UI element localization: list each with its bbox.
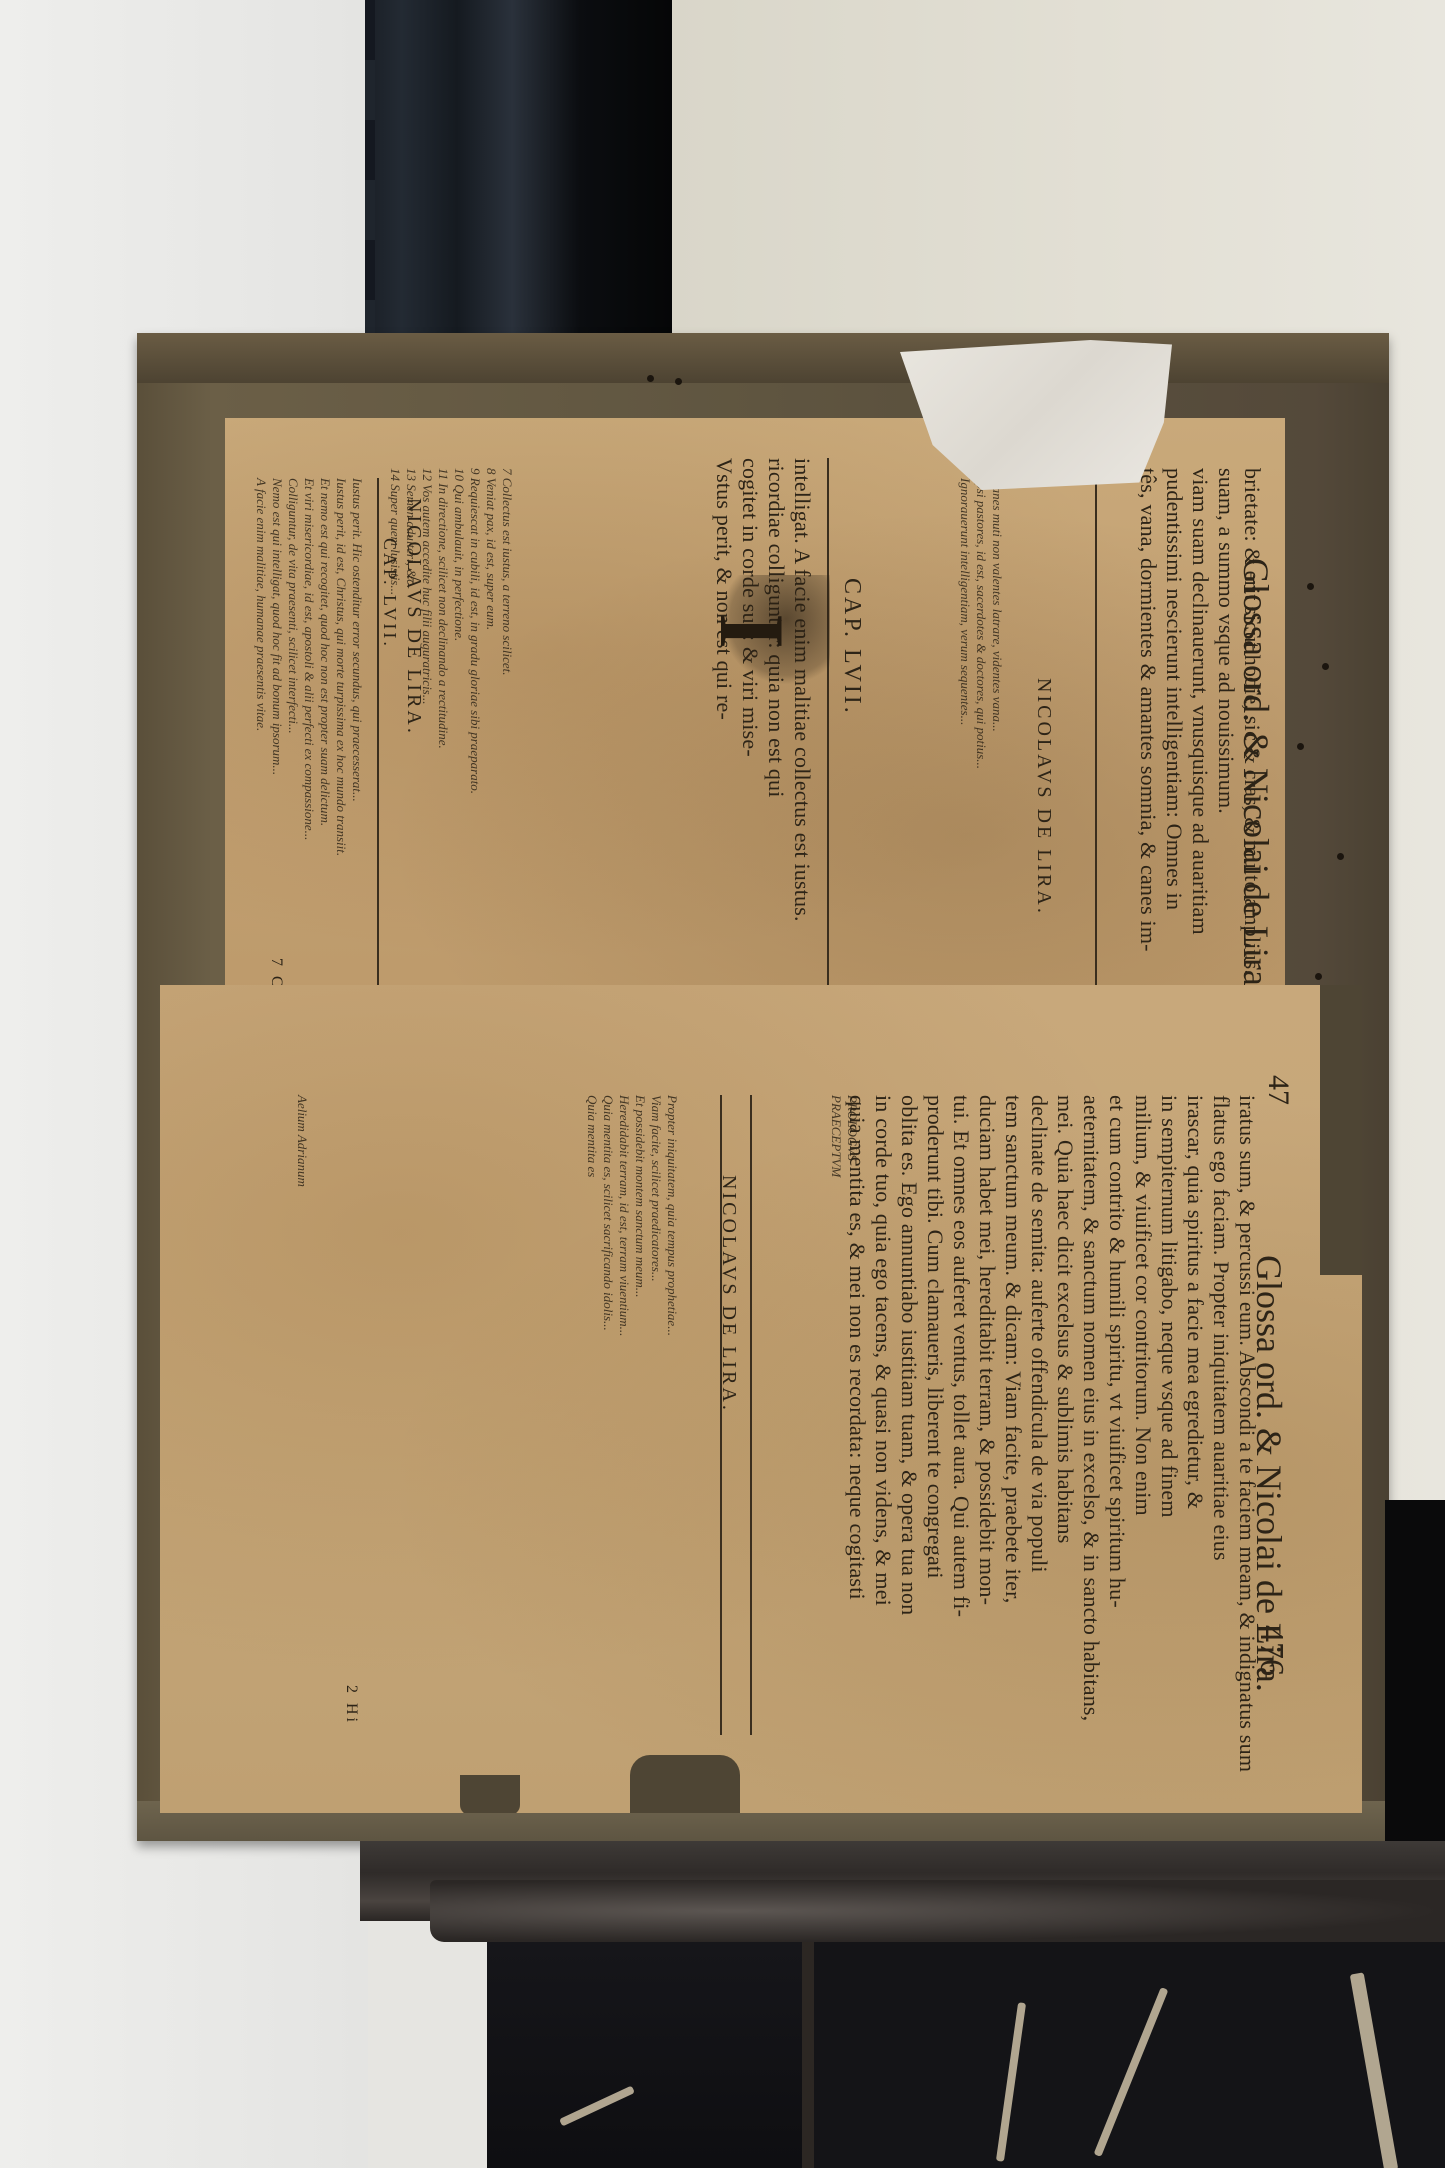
wormhole — [1337, 853, 1344, 860]
running-head-top: Glossa ord. & Nicolai de Lira. — [1235, 558, 1277, 995]
column-rule — [750, 1095, 752, 1735]
bottom-paper-sheet: Aelium Adrianum Propter iniquitatem, qui… — [160, 985, 1362, 1813]
frame-top-rail — [137, 333, 1389, 383]
wormhole — [1297, 743, 1304, 750]
numbered-notes-column: 7 Collectus est iustus, a terreno scilic… — [387, 468, 515, 794]
section-heading-bottom: NICOLAVS DE LIRA. — [717, 1175, 740, 1413]
main-text-column-bottom: iratus sum, & percussi eum. Abscondi a t… — [844, 1095, 1260, 1772]
marble-vein — [559, 2085, 635, 2126]
torn-edge — [630, 1755, 740, 1813]
chapter-heading: CAP. LVII. — [838, 578, 865, 716]
left-commentary-column: Iustus perit. Hic ostenditur error secun… — [253, 478, 365, 856]
top-paper-sheet: Iustus perit. Hic ostenditur error secun… — [225, 418, 1285, 1015]
wormhole — [1315, 973, 1322, 980]
torn-edge — [460, 1775, 520, 1813]
column-rule — [1095, 458, 1097, 998]
section-heading-right: NICOLAVS DE LIRA. — [1032, 678, 1055, 916]
marble-panel — [802, 1942, 1445, 2168]
marble-mantel-body — [487, 1942, 1445, 2168]
wormhole — [1307, 583, 1314, 590]
gloss-column: Canes muti non valentes latrare, vidente… — [957, 478, 1005, 769]
wormhole — [647, 375, 654, 382]
wormhole — [675, 378, 682, 385]
main-text-column-left: intelligat. A facie enim malitiae collec… — [711, 458, 815, 922]
mantel-shadow — [1385, 1500, 1445, 1850]
corner-page-number: 47 — [1261, 1075, 1295, 1105]
marble-mantel-edge — [430, 1880, 1445, 1942]
footer-mark-bottom: 2 Hi — [342, 1685, 360, 1725]
torn-edge — [1320, 985, 1362, 1275]
wormhole — [1322, 663, 1329, 670]
commentary-column-left: Propter iniquitatem, quia tempus prophet… — [584, 1095, 680, 1336]
page-number-bottom: 476 — [1252, 1625, 1290, 1676]
margin-notes: Aelium Adrianum — [294, 1095, 310, 1187]
ornamental-drop-cap: I — [720, 575, 830, 685]
column-rule — [827, 458, 829, 998]
mirror-frame — [365, 0, 672, 340]
